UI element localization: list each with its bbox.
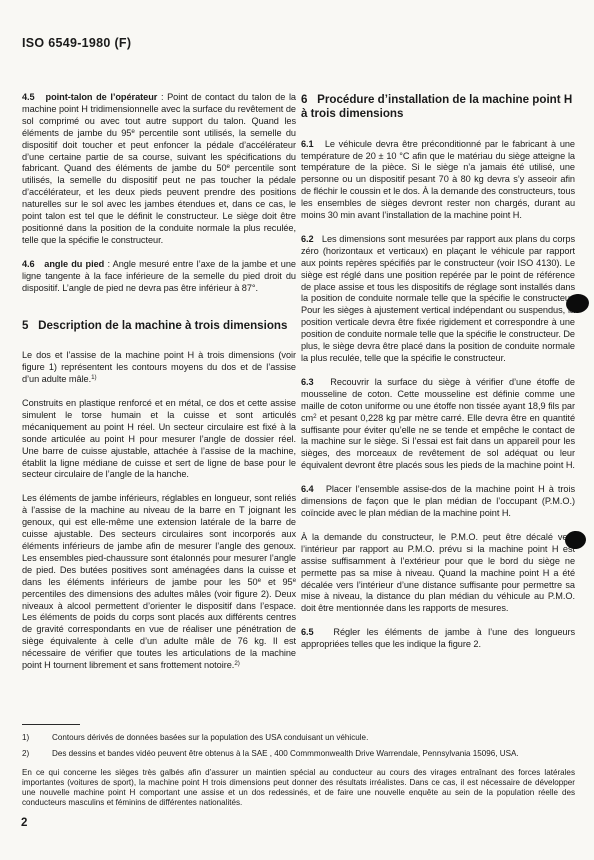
- footnote-1: 1) Contours dérivés de données basées su…: [22, 733, 575, 743]
- footnote-note: En ce qui concerne les sièges très galbé…: [22, 768, 575, 809]
- left-column: 4.5 point-talon de l’opérateur : Point d…: [22, 92, 296, 684]
- clause-4-5: 4.5 point-talon de l’opérateur : Point d…: [22, 92, 296, 247]
- footnote-separator: [22, 724, 80, 725]
- clause-6-4: 6.4 Placer l’ensemble assise-dos de la m…: [301, 484, 575, 520]
- heading-section-5: 5 Description de la machine à trois dime…: [22, 319, 296, 333]
- footnote-marker: 2): [22, 749, 52, 759]
- para-6-4-pmo: À la demande du constructeur, le P.M.O. …: [301, 532, 575, 615]
- binding-mark-bottom: [564, 530, 587, 550]
- footnotes-area: 1) Contours dérivés de données basées su…: [22, 724, 575, 809]
- clause-6-5: 6.5 Régler les éléments de jambe à l’une…: [301, 627, 575, 651]
- para-5-construction: Construits en plastique renforcé et en m…: [22, 398, 296, 481]
- footnote-text: Des dessins et bandes vidéo peuvent être…: [52, 749, 575, 759]
- page-number: 2: [21, 817, 27, 829]
- document-reference: ISO 6549-1980 (F): [22, 36, 131, 50]
- footnote-2: 2) Des dessins et bandes vidéo peuvent ê…: [22, 749, 575, 759]
- clause-6-2: 6.2 Les dimensions sont mesurées par rap…: [301, 234, 575, 365]
- clause-6-1: 6.1 Le véhicule devra être préconditionn…: [301, 139, 575, 222]
- para-5-intro: Le dos et l’assise de la machine point H…: [22, 350, 296, 386]
- clause-4-6: 4.6 angle du pied : Angle mesuré entre l…: [22, 259, 296, 295]
- heading-section-6: 6 Procédure d’installation de la machine…: [301, 93, 575, 121]
- clause-6-3: 6.3 Recouvrir la surface du siège à véri…: [301, 377, 575, 472]
- para-5-elements-jambe: Les éléments de jambe inférieurs, réglab…: [22, 493, 296, 672]
- page: ISO 6549-1980 (F) 4.5 point-talon de l’o…: [0, 0, 594, 860]
- footnote-marker: 1): [22, 733, 52, 743]
- footnote-text: Contours dérivés de données basées sur l…: [52, 733, 575, 743]
- right-column: 6 Procédure d’installation de la machine…: [301, 92, 575, 663]
